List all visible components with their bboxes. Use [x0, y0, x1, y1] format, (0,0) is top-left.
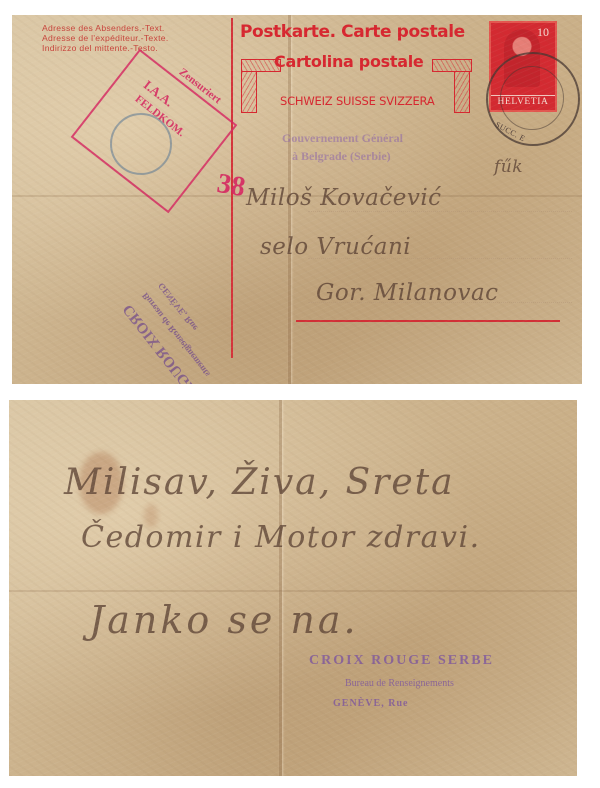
- address-recipient: Miloš Kovačević: [246, 185, 442, 211]
- card-subtitle: Cartolina postale: [274, 52, 423, 71]
- red-cross-stamp-line: CROIX ROUGE SERBE: [309, 653, 494, 669]
- postmark-inner-circle: [500, 66, 564, 130]
- sender-label-it: Indirizzo del mittente.-Testo.: [42, 43, 169, 53]
- address-underline: [296, 320, 560, 322]
- sender-address-label: Adresse des Absenders.-Text. Adresse de …: [42, 23, 169, 53]
- red-cross-stamp-line: Bureau de Renseignements: [345, 678, 454, 689]
- stamp-value: 10: [537, 25, 549, 40]
- fold-crease: [279, 400, 282, 776]
- message-line: Milisav, Živa, Sreta: [64, 462, 455, 503]
- sender-label-fr: Adresse de l'expéditeur.-Texte.: [42, 33, 169, 43]
- message-line: Čedomir i Motor zdravi.: [81, 520, 481, 555]
- message-line: Janko se na.: [89, 598, 359, 642]
- handwritten-note: fűk: [494, 157, 523, 177]
- postcard-front: Adresse des Absenders.-Text. Adresse de …: [12, 15, 582, 384]
- censor-stamp-frame: [71, 49, 238, 214]
- government-stamp-line: Gouvernement Général: [282, 131, 403, 146]
- sender-label-de: Adresse des Absenders.-Text.: [42, 23, 169, 33]
- red-cross-stamp-line: GENÈVE, Rue: [333, 698, 408, 709]
- government-stamp-line: à Belgrade (Serbie): [292, 149, 391, 164]
- country-line: SCHWEIZ SUISSE SVIZZERA: [280, 94, 435, 108]
- address-village: selo Vrućani: [260, 234, 411, 260]
- fold-crease: [9, 590, 577, 592]
- card-title: Postkarte. Carte postale: [240, 22, 465, 42]
- censor-stamp-number: 38: [214, 168, 247, 204]
- address-guide-line: [308, 211, 572, 212]
- address-town: Gor. Milanovac: [316, 280, 499, 306]
- postcard-back: Milisav, Živa, Sreta Čedomir i Motor zdr…: [9, 400, 577, 776]
